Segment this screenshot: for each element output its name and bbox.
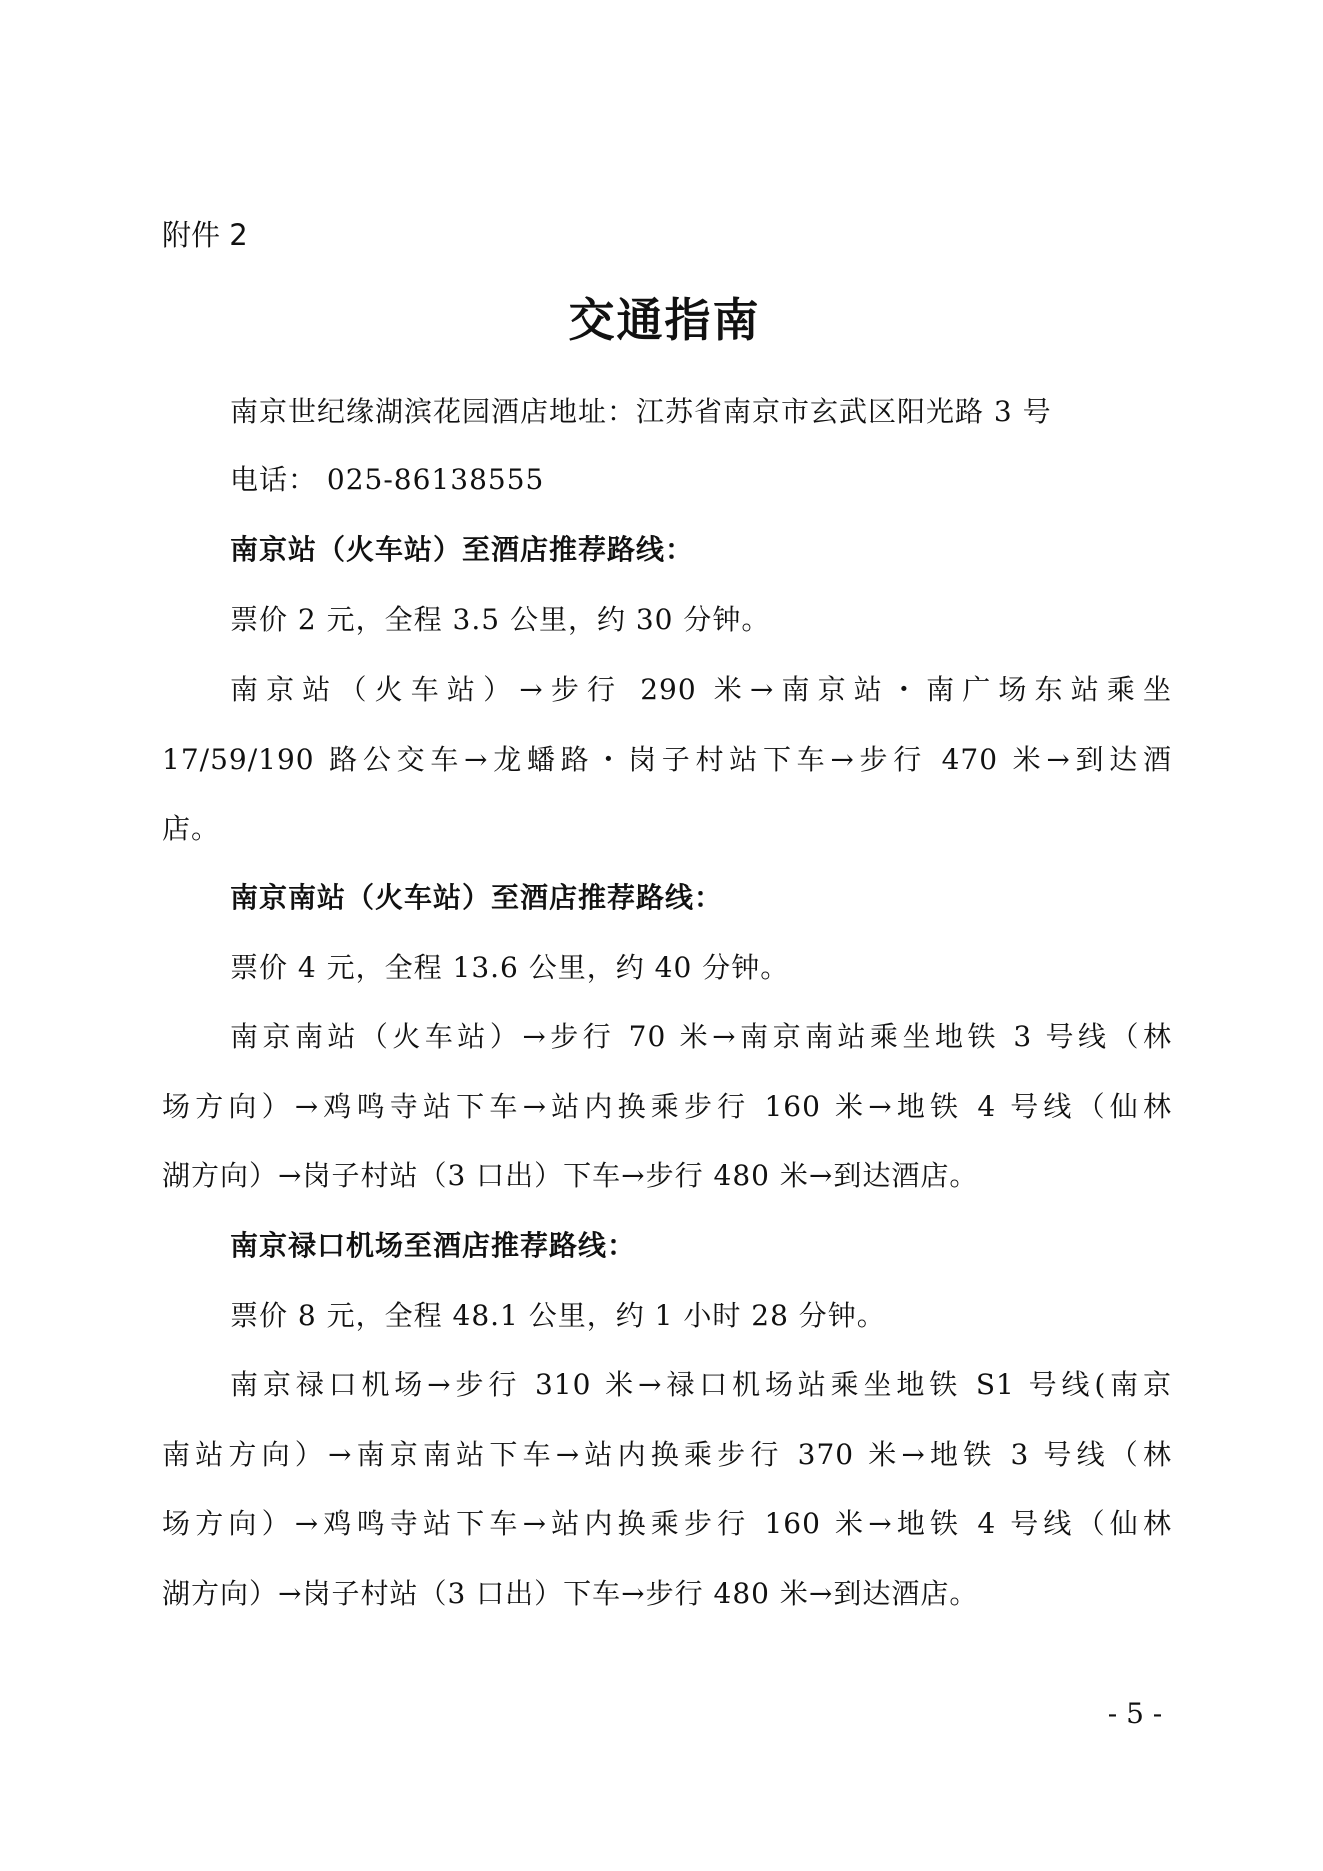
- hotel-address: 南京世纪缘湖滨花园酒店地址：江苏省南京市玄武区阳光路 3 号: [162, 394, 1172, 430]
- route-line: 店。: [162, 811, 1172, 847]
- route-line: 南京南站（火车站）→步行 70 米→南京南站乘坐地铁 3 号线（林: [162, 1019, 1172, 1055]
- route-fare-nanjing-south-station: 票价 4 元，全程 13.6 公里，约 40 分钟。: [162, 950, 1172, 986]
- route-line: 17/59/190 路公交车→龙蟠路・岗子村站下车→步行 470 米→到达酒: [162, 742, 1172, 778]
- route-line: 场方向）→鸡鸣寺站下车→站内换乘步行 160 米→地铁 4 号线（仙林: [162, 1089, 1172, 1125]
- document-page: 附件 2 交通指南 南京世纪缘湖滨花园酒店地址：江苏省南京市玄武区阳光路 3 号…: [0, 0, 1323, 1871]
- route-heading-nanjing-station: 南京站（火车站）至酒店推荐路线：: [162, 532, 1172, 568]
- route-line: 湖方向）→岗子村站（3 口出）下车→步行 480 米→到达酒店。: [162, 1158, 1172, 1194]
- route-line: 南京禄口机场→步行 310 米→禄口机场站乘坐地铁 S1 号线(南京: [162, 1367, 1172, 1403]
- route-heading-lukou-airport: 南京禄口机场至酒店推荐路线：: [162, 1228, 1172, 1264]
- page-title: 交通指南: [0, 292, 1323, 348]
- route-fare-lukou-airport: 票价 8 元，全程 48.1 公里，约 1 小时 28 分钟。: [162, 1298, 1172, 1334]
- page-number: - 5 -: [1080, 1696, 1190, 1732]
- route-line: 湖方向）→岗子村站（3 口出）下车→步行 480 米→到达酒店。: [162, 1576, 1172, 1612]
- hotel-phone: 电话： 025-86138555: [162, 462, 1172, 498]
- attachment-label: 附件 2: [162, 217, 248, 253]
- route-line: 南京站（火车站）→步行 290 米→南京站・南广场东站乘坐: [162, 672, 1172, 708]
- route-heading-nanjing-south-station: 南京南站（火车站）至酒店推荐路线：: [162, 880, 1172, 916]
- route-fare-nanjing-station: 票价 2 元，全程 3.5 公里，约 30 分钟。: [162, 602, 1172, 638]
- route-line: 南站方向）→南京南站下车→站内换乘步行 370 米→地铁 3 号线（林: [162, 1437, 1172, 1473]
- route-line: 场方向）→鸡鸣寺站下车→站内换乘步行 160 米→地铁 4 号线（仙林: [162, 1506, 1172, 1542]
